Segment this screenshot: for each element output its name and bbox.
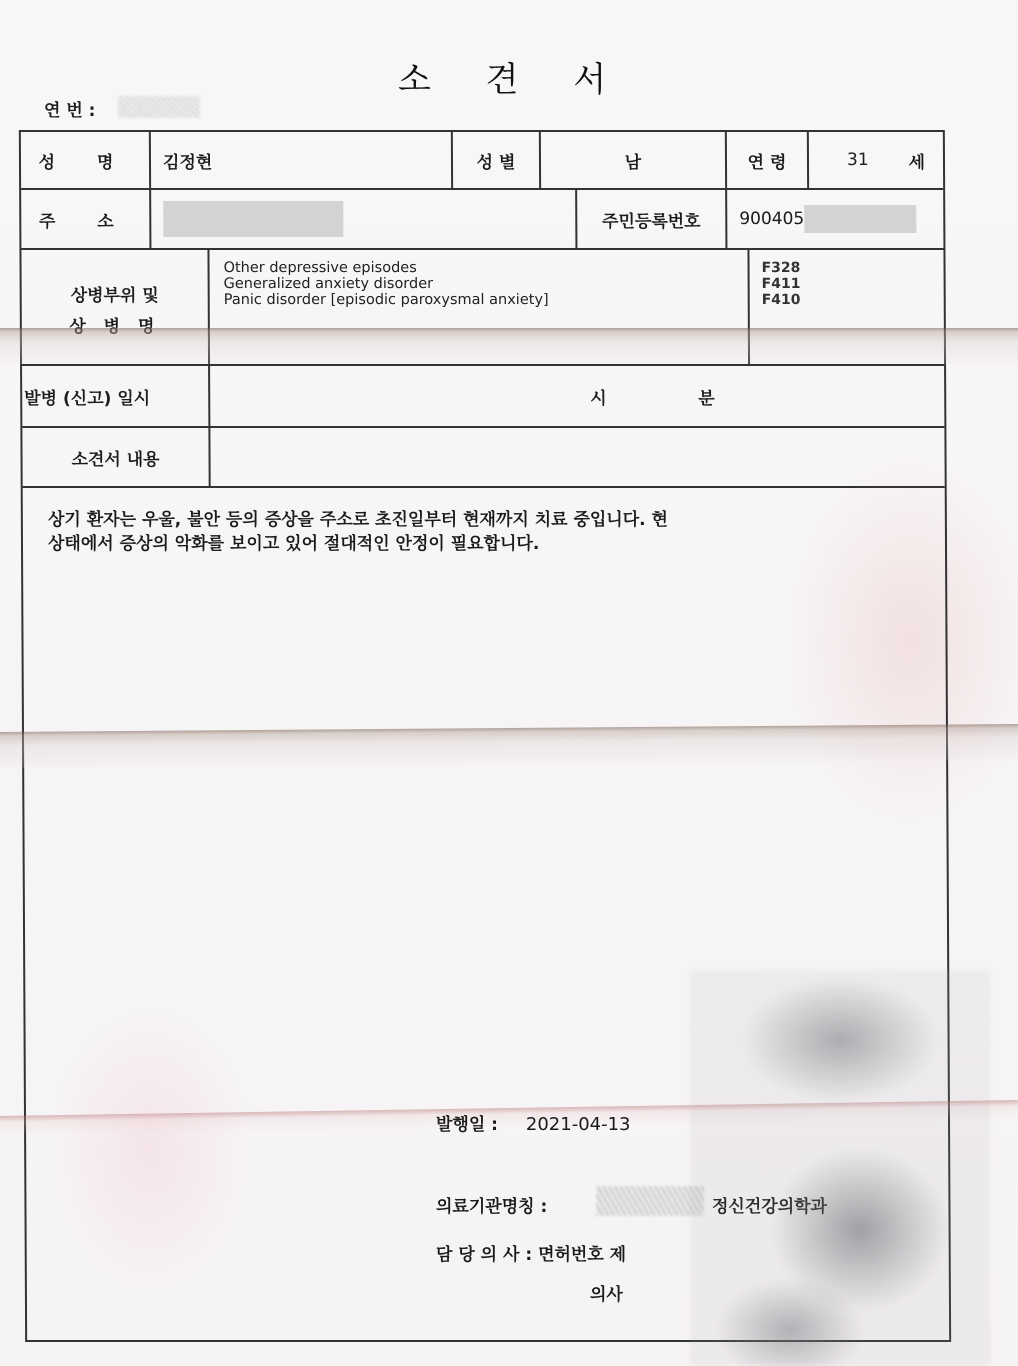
name-value: 김정현 [151,132,453,188]
issue-date: 발행일 : 2021-04-13 [436,1110,631,1135]
opinion-text: 상기 환자는 우울, 불안 등의 증상을 주소로 초진일부터 현재까지 치료 중… [48,508,818,556]
diagnosis-code: F411 [762,276,801,292]
opinion-header-blank [210,428,944,486]
opinion-label: 소견서 내용 [22,428,210,486]
sex-value: 남 [541,132,727,188]
serial-number-redacted [118,96,200,118]
issue-date-value: 2021-04-13 [526,1114,631,1135]
row-opinion-label: 소견서 내용 [22,428,944,488]
paper-fold [0,328,1018,364]
rrn-visible: 900405 [739,209,804,229]
row-name-sex-age: 성 명 김정현 성 별 남 연 령 31 세 [21,132,943,190]
document-title: 소 견 서 [398,52,628,101]
diagnosis-name: Panic disorder [episodic paroxysmal anxi… [224,292,549,308]
rrn-redacted [804,205,916,233]
institution-label: 의료기관명칭 : [436,1192,547,1217]
diagnosis-code: F328 [762,260,801,276]
diagnosis-name: Generalized anxiety disorder [224,276,434,292]
opinion-text-line2: 상태에서 증상의 악화를 보이고 있어 절대적인 안정이 필요합니다. [48,532,818,556]
doctor-license-label: 담 당 의 사 : 면허번호 제 [436,1240,626,1265]
age-value: 31 [847,150,869,170]
age-label: 연 령 [727,132,809,188]
institution-name-redacted [596,1186,704,1216]
age-unit: 세 [909,148,926,173]
onset-label: 발병 (신고) 일시 [22,366,210,426]
onset-value: 시 분 [210,366,944,426]
diagnosis-name: Other depressive episodes [224,260,417,276]
address-redacted [163,201,343,237]
sex-label: 성 별 [453,132,541,188]
opinion-text-line1: 상기 환자는 우울, 불안 등의 증상을 주소로 초진일부터 현재까지 치료 중… [48,508,818,532]
address-label: 주 소 [21,190,151,248]
diagnosis-label-line1: 상병부위 및 [71,281,159,306]
diagnosis-code: F410 [762,292,801,308]
rrn-value: 900405 [727,190,943,248]
row-address-rrn: 주 소 주민등록번호 900405 [21,190,943,250]
issue-date-label: 발행일 : [436,1115,498,1135]
rrn-label: 주민등록번호 [577,190,727,248]
address-value [151,190,577,248]
onset-hour-unit: 시 [590,384,607,409]
onset-minute-unit: 분 [698,384,715,409]
name-label: 성 명 [21,132,151,188]
age-cell: 31 세 [809,132,943,188]
row-onset: 발병 (신고) 일시 시 분 [22,366,944,428]
serial-number-label: 연 번 : [44,96,95,121]
stamp-redacted [690,970,990,1366]
doctor-title: 의사 [590,1280,623,1305]
